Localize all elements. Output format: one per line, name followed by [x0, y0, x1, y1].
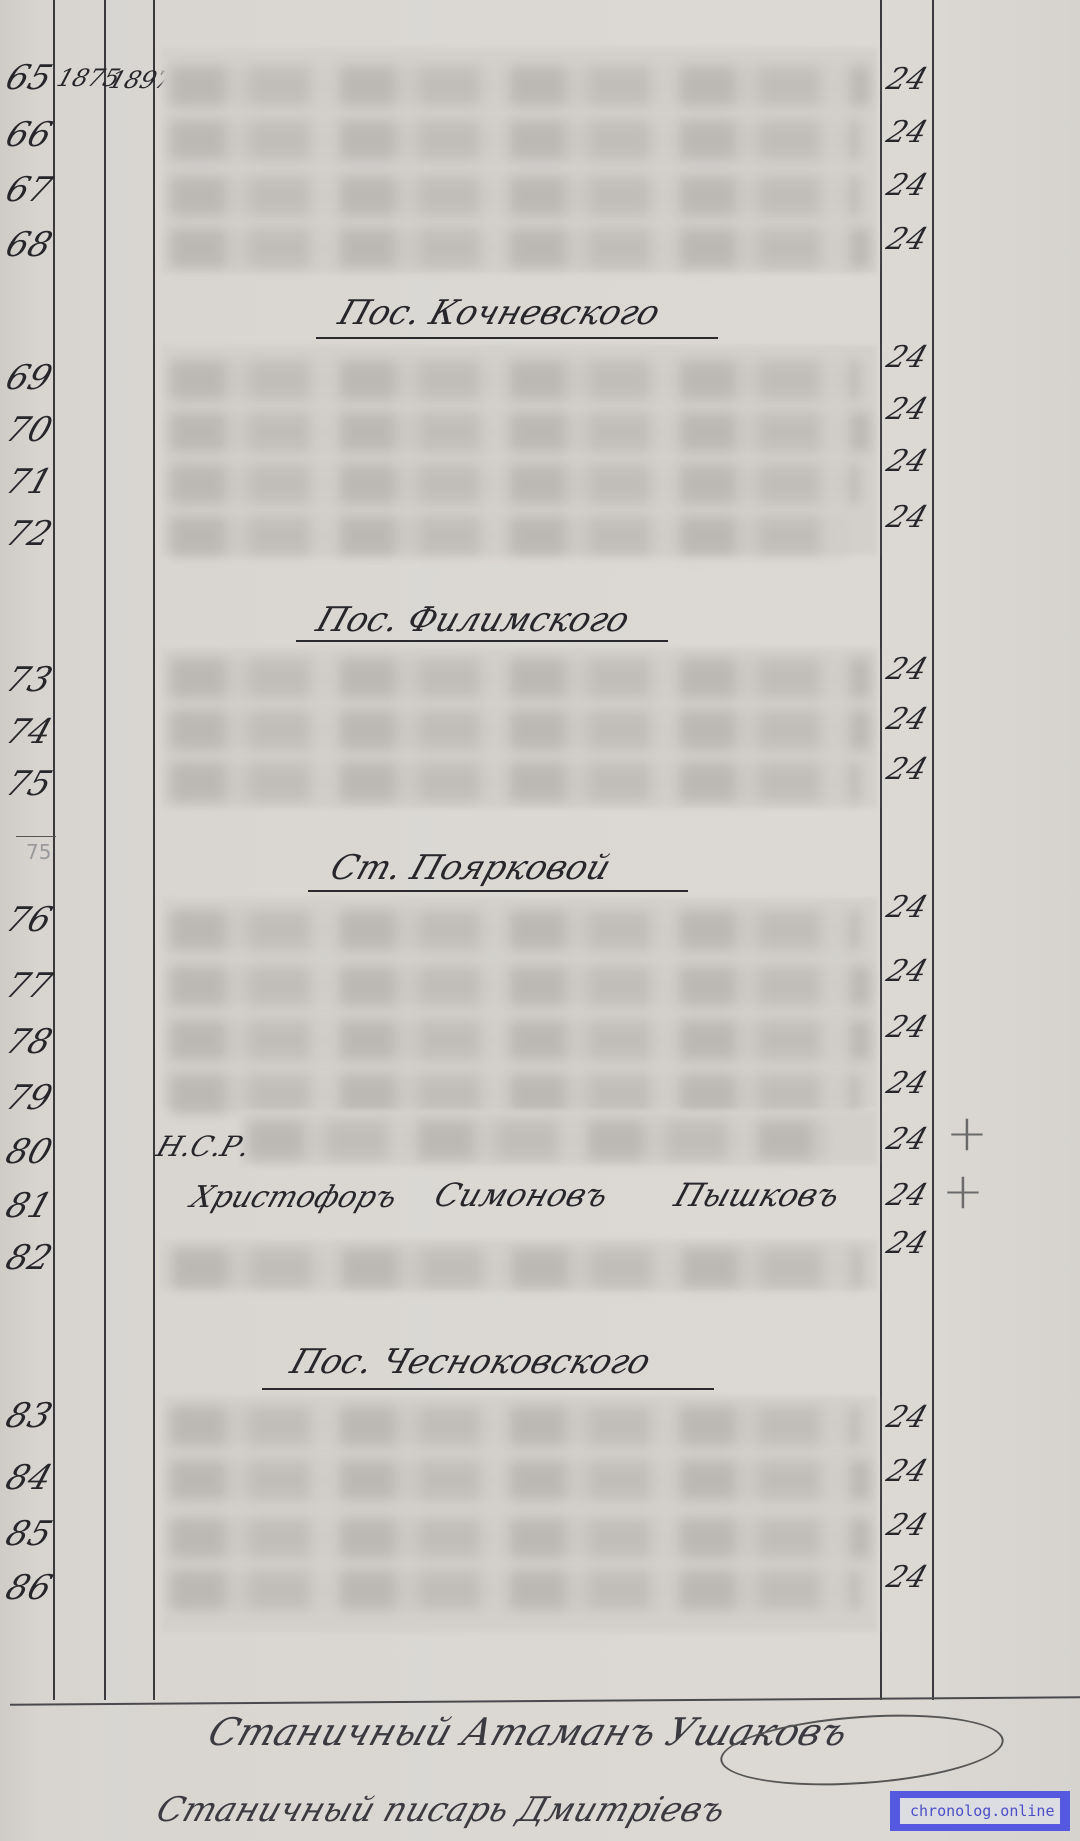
row81-patronymic: Симоновъ: [430, 1176, 614, 1214]
row-number: 79: [0, 1078, 58, 1118]
header-underline: [262, 1388, 714, 1390]
redacted-name: [170, 176, 860, 216]
row-number: 78: [0, 1022, 58, 1062]
margin-note-line: [16, 836, 56, 837]
redacted-name: [170, 228, 870, 268]
header-underline: [308, 890, 688, 892]
row-number: 84: [0, 1458, 58, 1498]
bottom-rule: [10, 1696, 1080, 1705]
row-number: 66: [0, 115, 58, 155]
redacted-name: [170, 658, 870, 698]
row-number: 81: [0, 1186, 58, 1226]
row-number: 68: [0, 225, 58, 265]
row-number: 80: [0, 1132, 58, 1172]
row-number: 69: [0, 358, 58, 398]
count-value: 24: [876, 1560, 937, 1595]
row-number: 67: [0, 170, 58, 210]
row-number: 71: [0, 462, 58, 502]
count-value: 24: [876, 1066, 937, 1101]
redacted-name: [170, 412, 870, 452]
row81-first-name: Христофоръ: [186, 1180, 401, 1215]
signature-clerk: Станичный писарь Дмитріевъ: [152, 1790, 731, 1830]
row-number: 77: [0, 966, 58, 1006]
section-header: Ст. Поярковой: [326, 848, 616, 888]
column-rule-5: [932, 0, 934, 1700]
row-number: 65: [0, 58, 58, 98]
section-header: Пос. Филимского: [312, 600, 635, 640]
cross-mark: +: [946, 1104, 988, 1162]
column-rule-1: [53, 0, 55, 1700]
count-value: 24: [876, 1122, 937, 1157]
margin-note: 75: [26, 840, 51, 864]
count-value: 24: [876, 168, 937, 203]
count-value: 24: [876, 702, 937, 737]
redacted-name: [170, 360, 860, 400]
count-value: 24: [876, 752, 937, 787]
count-value: 24: [876, 1010, 937, 1045]
section-header: Пос. Кочневского: [334, 293, 665, 333]
redacted-name: [170, 1406, 860, 1446]
count-value: 24: [876, 1178, 937, 1213]
row-prefix-annotation: Н.С.Р.: [153, 1130, 255, 1163]
row-number: 70: [0, 410, 58, 450]
count-value: 24: [876, 222, 937, 257]
row-number: 75: [0, 764, 58, 804]
count-value: 24: [876, 500, 937, 535]
redacted-name: [170, 66, 870, 106]
row-number: 82: [0, 1238, 58, 1278]
watermark-text: chronolog.online: [900, 1798, 1060, 1824]
row81-surname: Пышковъ: [670, 1176, 845, 1214]
row-number: 86: [0, 1568, 58, 1608]
redacted-name: [170, 762, 860, 802]
count-value: 24: [876, 652, 937, 687]
row-number: 83: [0, 1396, 58, 1436]
count-value: 24: [876, 340, 937, 375]
row-number: 72: [0, 514, 58, 554]
cross-mark: +: [942, 1162, 984, 1220]
column-rule-2: [104, 0, 106, 1700]
watermark-badge: chronolog.online: [890, 1791, 1070, 1831]
count-value: 24: [876, 444, 937, 479]
count-value: 24: [876, 115, 937, 150]
row-number: 76: [0, 900, 58, 940]
header-underline: [316, 337, 718, 339]
count-value: 24: [876, 1508, 937, 1543]
redacted-name: [248, 1120, 828, 1160]
row-number: 73: [0, 660, 58, 700]
redacted-name: [170, 1020, 870, 1060]
row-number: 85: [0, 1514, 58, 1554]
redacted-name: [170, 710, 870, 750]
count-value: 24: [876, 1400, 937, 1435]
redacted-name: [170, 1518, 870, 1558]
redacted-name: [170, 120, 860, 160]
redacted-name: [170, 464, 860, 504]
count-value: 24: [876, 890, 937, 925]
redacted-name: [172, 1248, 862, 1288]
count-value: 24: [876, 1454, 937, 1489]
redacted-name: [170, 966, 870, 1006]
redacted-name: [170, 910, 860, 950]
redacted-name: [170, 1570, 860, 1610]
count-value: 24: [876, 392, 937, 427]
section-header: Пос. Чесноковского: [286, 1342, 656, 1382]
redacted-name: [170, 1460, 870, 1500]
header-underline: [296, 640, 668, 642]
redacted-name: [170, 1074, 860, 1114]
count-value: 24: [876, 62, 937, 97]
count-value: 24: [876, 954, 937, 989]
column-rule-3: [153, 0, 155, 1700]
redacted-name: [170, 516, 850, 556]
row-number: 74: [0, 712, 58, 752]
count-value: 24: [876, 1226, 937, 1261]
